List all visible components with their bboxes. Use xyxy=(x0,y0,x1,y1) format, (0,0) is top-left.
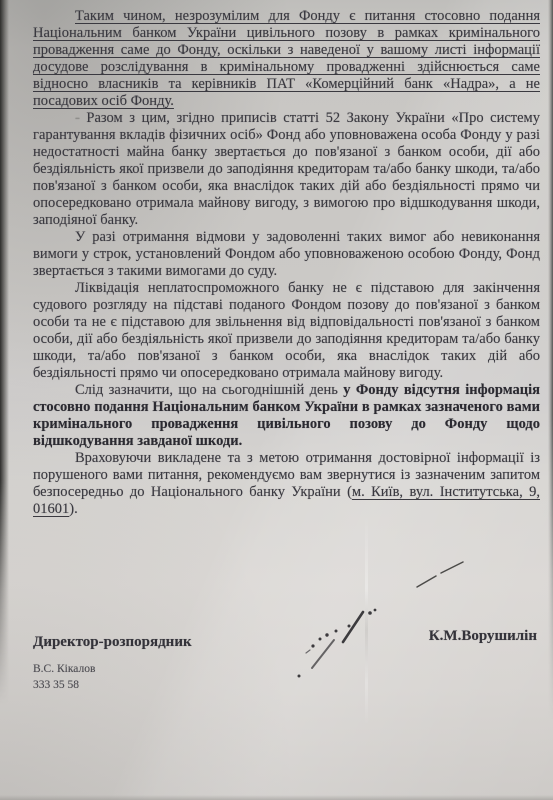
paragraph-6: Враховуючи викладене та з метою отриманн… xyxy=(33,450,540,518)
paper-crease xyxy=(365,515,368,725)
signer-title: Директор-розпорядник xyxy=(33,634,192,651)
scan-shadow-left-edge xyxy=(0,0,9,800)
scan-shadow-bottom-edge xyxy=(0,795,553,800)
signature-row: Директор-розпорядник К.М.Ворушилін xyxy=(33,634,537,651)
scan-shadow-top-edge xyxy=(0,0,553,6)
scan-shadow-right-edge xyxy=(548,0,553,800)
paragraph-5: Слід зазначити, що на сьогоднішній день … xyxy=(33,382,540,450)
paragraph-5-lead: Слід зазначити, що на сьогоднішній день xyxy=(75,382,343,398)
pen-slash-mark xyxy=(417,562,463,587)
paragraph-4: Ліквідація неплатоспроможного банку не є… xyxy=(33,280,540,382)
paragraph-3-text: У разі отримання відмови у задоволенні т… xyxy=(33,229,540,279)
paragraph-4-text: Ліквідація неплатоспроможного банку не є… xyxy=(33,280,540,381)
executor-name: В.С. Кікалов xyxy=(33,662,95,678)
paragraph-1-text: Таким чином, незрозумілим для Фонду є пи… xyxy=(33,8,540,109)
paragraph-1: Таким чином, незрозумілим для Фонду є пи… xyxy=(33,8,540,110)
stray-dash-mark: - xyxy=(75,110,86,126)
scanned-letter-page: Таким чином, незрозумілим для Фонду є пи… xyxy=(0,0,553,800)
signer-name: К.М.Ворушилін xyxy=(429,628,537,645)
executor-phone: 333 35 58 xyxy=(33,678,95,694)
letter-body: Таким чином, незрозумілим для Фонду є пи… xyxy=(33,8,540,518)
paragraph-2: - Разом з цим, згідно приписів статті 52… xyxy=(33,110,540,229)
paragraph-6-tail: ). xyxy=(69,501,77,517)
paragraph-3: У разі отримання відмови у задоволенні т… xyxy=(33,229,540,280)
executor-block: В.С. Кікалов 333 35 58 xyxy=(33,662,95,693)
paragraph-2-text: Разом з цим, згідно приписів статті 52 З… xyxy=(33,110,540,228)
